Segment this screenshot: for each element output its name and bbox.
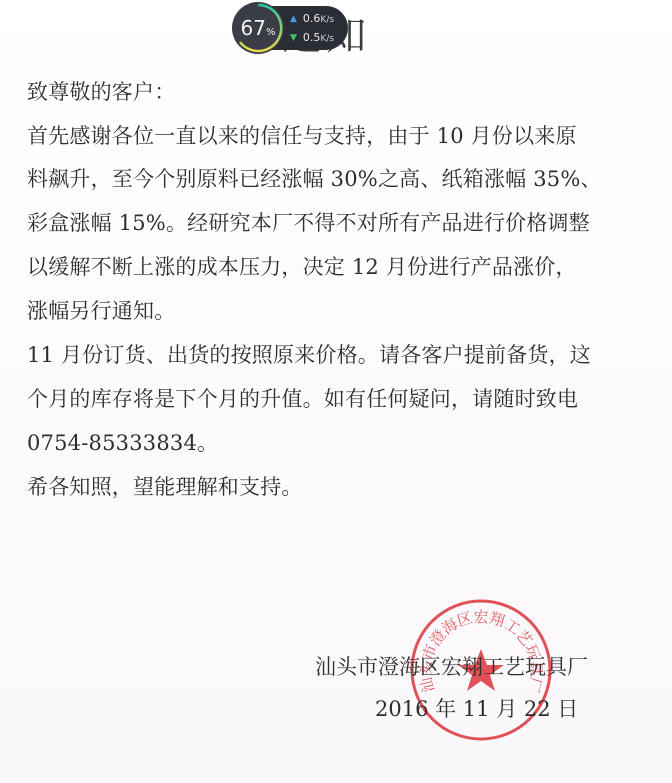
document-date: 2016 年 11 月 22 日 (375, 693, 578, 723)
body-line: 首先感谢各位一直以来的信任与支持，由于 10 月份以来原 (27, 120, 577, 150)
arrow-up-icon: ▲ (290, 14, 297, 24)
upload-row: ▲ 0.6K/s (290, 12, 334, 25)
salutation: 致尊敬的客户： (27, 76, 175, 106)
body-line: 以缓解不断上涨的成本压力，决定 12 月份进行产品涨价， (27, 251, 577, 281)
body-line: 料飙升，至今个别原料已经涨幅 30%之高、纸箱涨幅 35%、 (27, 163, 602, 193)
network-speed-overlay[interactable]: ▲ 0.6K/s ▼ 0.5K/s 67% (232, 2, 352, 52)
memory-gauge[interactable]: 67% (232, 2, 284, 54)
body-line: 涨幅另行通知。 (27, 295, 175, 325)
phone-number: 0754-85333834。 (27, 427, 218, 457)
download-row: ▼ 0.5K/s (290, 31, 334, 44)
notice-document: 通知 致尊敬的客户： 首先感谢各位一直以来的信任与支持，由于 10 月份以来原 … (0, 0, 672, 783)
download-speed: 0.5K/s (303, 31, 334, 44)
memory-percent: 67% (232, 2, 284, 54)
body-line: 彩盒涨幅 15%。经研究本厂不得不对所有产品进行价格调整 (27, 207, 590, 237)
arrow-down-icon: ▼ (290, 33, 297, 43)
upload-speed: 0.6K/s (303, 12, 334, 25)
company-signature: 汕头市澄海区宏翔工艺玩具厂 (315, 651, 588, 681)
closing-line: 希各知照，望能理解和支持。 (27, 471, 303, 501)
body-line: 个月的库存将是下个月的升值。如有任何疑问，请随时致电 (27, 383, 578, 413)
body-line: 11 月份订货、出货的按照原来价格。请各客户提前备货，这 (27, 339, 591, 369)
